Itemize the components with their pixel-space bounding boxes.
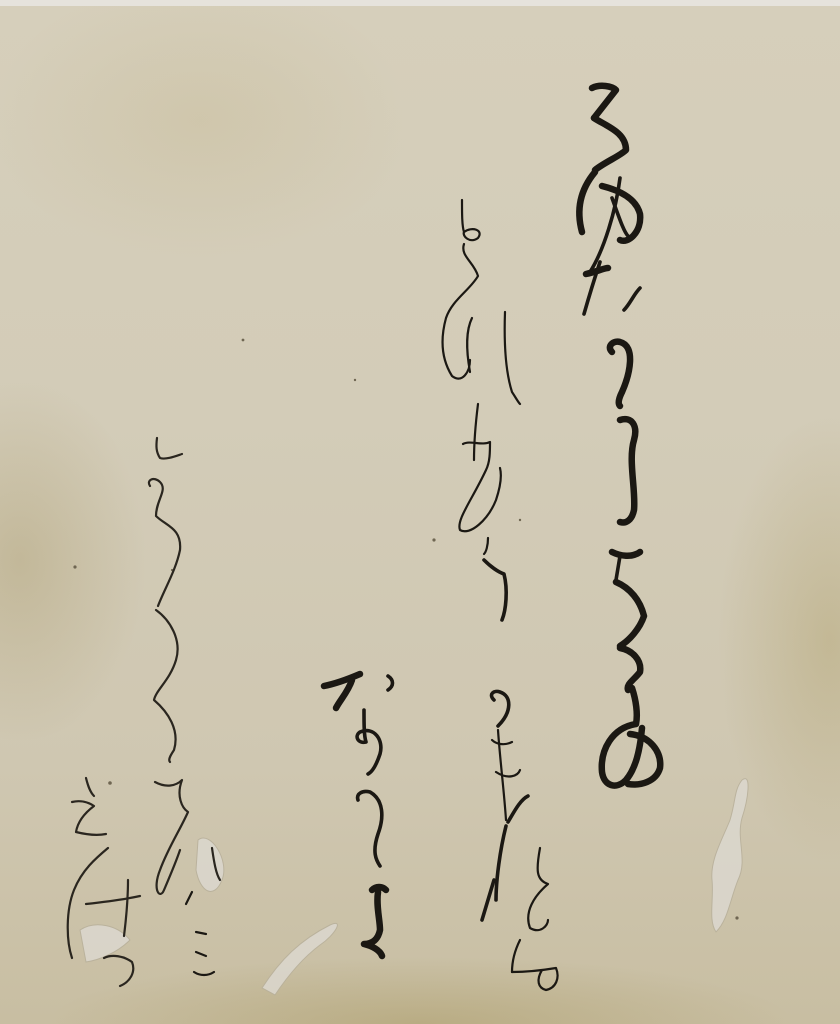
column-4 [149,438,220,975]
paper-abrasions [80,779,748,995]
column-1-rightmost [579,86,660,786]
calligraphy-sheet: こゆなうころの としあらのきはる なつま ようろうたいくに えける [0,0,840,1024]
ink-strokes [0,0,840,1024]
column-2 [443,200,558,990]
column-3 [324,674,393,956]
